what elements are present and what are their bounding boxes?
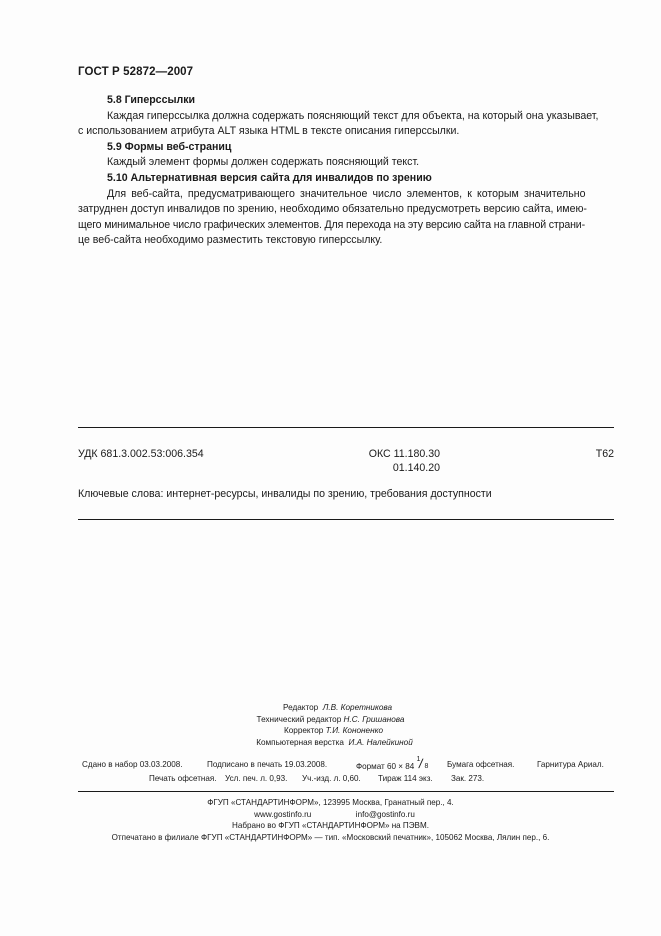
fraction-denominator: 8: [424, 763, 428, 770]
credit-role: Компьютерная верстка: [256, 738, 344, 747]
oks-code-2: 01.140.20: [367, 462, 440, 474]
keywords: Ключевые слова: интернет-ресурсы, инвали…: [78, 488, 492, 500]
imprint-paper: Бумага офсетная.: [447, 760, 514, 769]
publisher-printed: Отпечатано в филиале ФГУП «СТАНДАРТИНФОР…: [0, 832, 661, 844]
section-5-10-line-2: затруднен доступ инвалидов по зрению, не…: [78, 202, 614, 218]
oks-code-1: ОКС 11.180.30: [367, 448, 440, 460]
publisher-email-link[interactable]: info@gostinfo.ru: [356, 810, 415, 819]
imprint-pub-sheets: Уч.-изд. л. 0,60.: [302, 774, 361, 783]
section-5-10-line-4: це веб-сайта необходимо разместить текст…: [78, 233, 614, 249]
editorial-credits: Редактор Л.В. Коретникова Технический ре…: [0, 702, 661, 748]
credit-role: Корректор: [284, 726, 323, 735]
publisher-info: ФГУП «СТАНДАРТИНФОРМ», 123995 Москва, Гр…: [0, 797, 661, 844]
section-5-9-heading: 5.9 Формы веб-страниц: [78, 140, 614, 156]
imprint-rule: [78, 791, 614, 792]
section-5-8-heading: 5.8 Гиперссылки: [78, 93, 614, 109]
udk-code: УДК 681.3.002.53:006.354: [78, 448, 204, 460]
section-5-8-line-2: с использованием атрибута ALT языка HTML…: [78, 124, 614, 140]
imprint-run: Тираж 114 экз.: [378, 774, 433, 783]
section-5-10-heading: 5.10 Альтернативная версия сайта для инв…: [78, 171, 614, 187]
imprint-submitted: Сдано в набор 03.03.2008.: [82, 760, 182, 769]
credit-tech-editor: Технический редактор Н.С. Гришанова: [0, 714, 661, 726]
publisher-website-link[interactable]: www.gostinfo.ru: [254, 810, 311, 819]
section-5-10-line-1: Для веб-сайта, предусматривающего значит…: [78, 187, 614, 203]
document-body: 5.8 Гиперссылки Каждая гиперссылка должн…: [78, 93, 614, 249]
imprint-signed: Подписано в печать 19.03.2008.: [207, 760, 327, 769]
publisher-address: ФГУП «СТАНДАРТИНФОРМ», 123995 Москва, Гр…: [0, 797, 661, 809]
publisher-contacts: www.gostinfo.ru info@gostinfo.ru: [0, 809, 661, 821]
fraction-slash-icon: /: [418, 756, 424, 771]
credit-name: Т.И. Кононенко: [326, 726, 383, 735]
publisher-typeset: Набрано во ФГУП «СТАНДАРТИНФОРМ» на ПЭВМ…: [0, 820, 661, 832]
section-5-8-line-1: Каждая гиперссылка должна содержать пояс…: [78, 109, 614, 125]
classification-top-rule: [78, 427, 614, 428]
credit-role: Технический редактор: [257, 715, 342, 724]
imprint-format: Формат 60 × 84 1 / 8: [356, 760, 430, 771]
classification-bottom-rule: [78, 519, 614, 520]
imprint-print-type: Печать офсетная.: [149, 774, 217, 783]
credit-name: И.А. Налейкиной: [348, 738, 412, 747]
imprint-cond-sheets: Усл. печ. л. 0,93.: [225, 774, 287, 783]
imprint-order: Зак. 273.: [451, 774, 484, 783]
credit-editor: Редактор Л.В. Коретникова: [0, 702, 661, 714]
group-code: Т62: [574, 448, 614, 460]
credit-name: Н.С. Гришанова: [344, 715, 405, 724]
format-label: Формат 60 × 84: [356, 762, 414, 771]
credit-name: Л.В. Коретникова: [323, 703, 392, 712]
section-5-10-line-3: щего минимальное число графических элеме…: [78, 218, 614, 234]
format-fraction: 1 / 8: [416, 760, 430, 770]
document-id-header: ГОСТ Р 52872—2007: [78, 66, 193, 78]
credit-role: Редактор: [283, 703, 318, 712]
credit-layout: Компьютерная верстка И.А. Налейкиной: [0, 737, 661, 749]
credit-proofreader: Корректор Т.И. Кононенко: [0, 725, 661, 737]
section-5-9-line-1: Каждый элемент формы должен содержать по…: [78, 155, 614, 171]
imprint-typeface: Гарнитура Ариал.: [537, 760, 604, 769]
